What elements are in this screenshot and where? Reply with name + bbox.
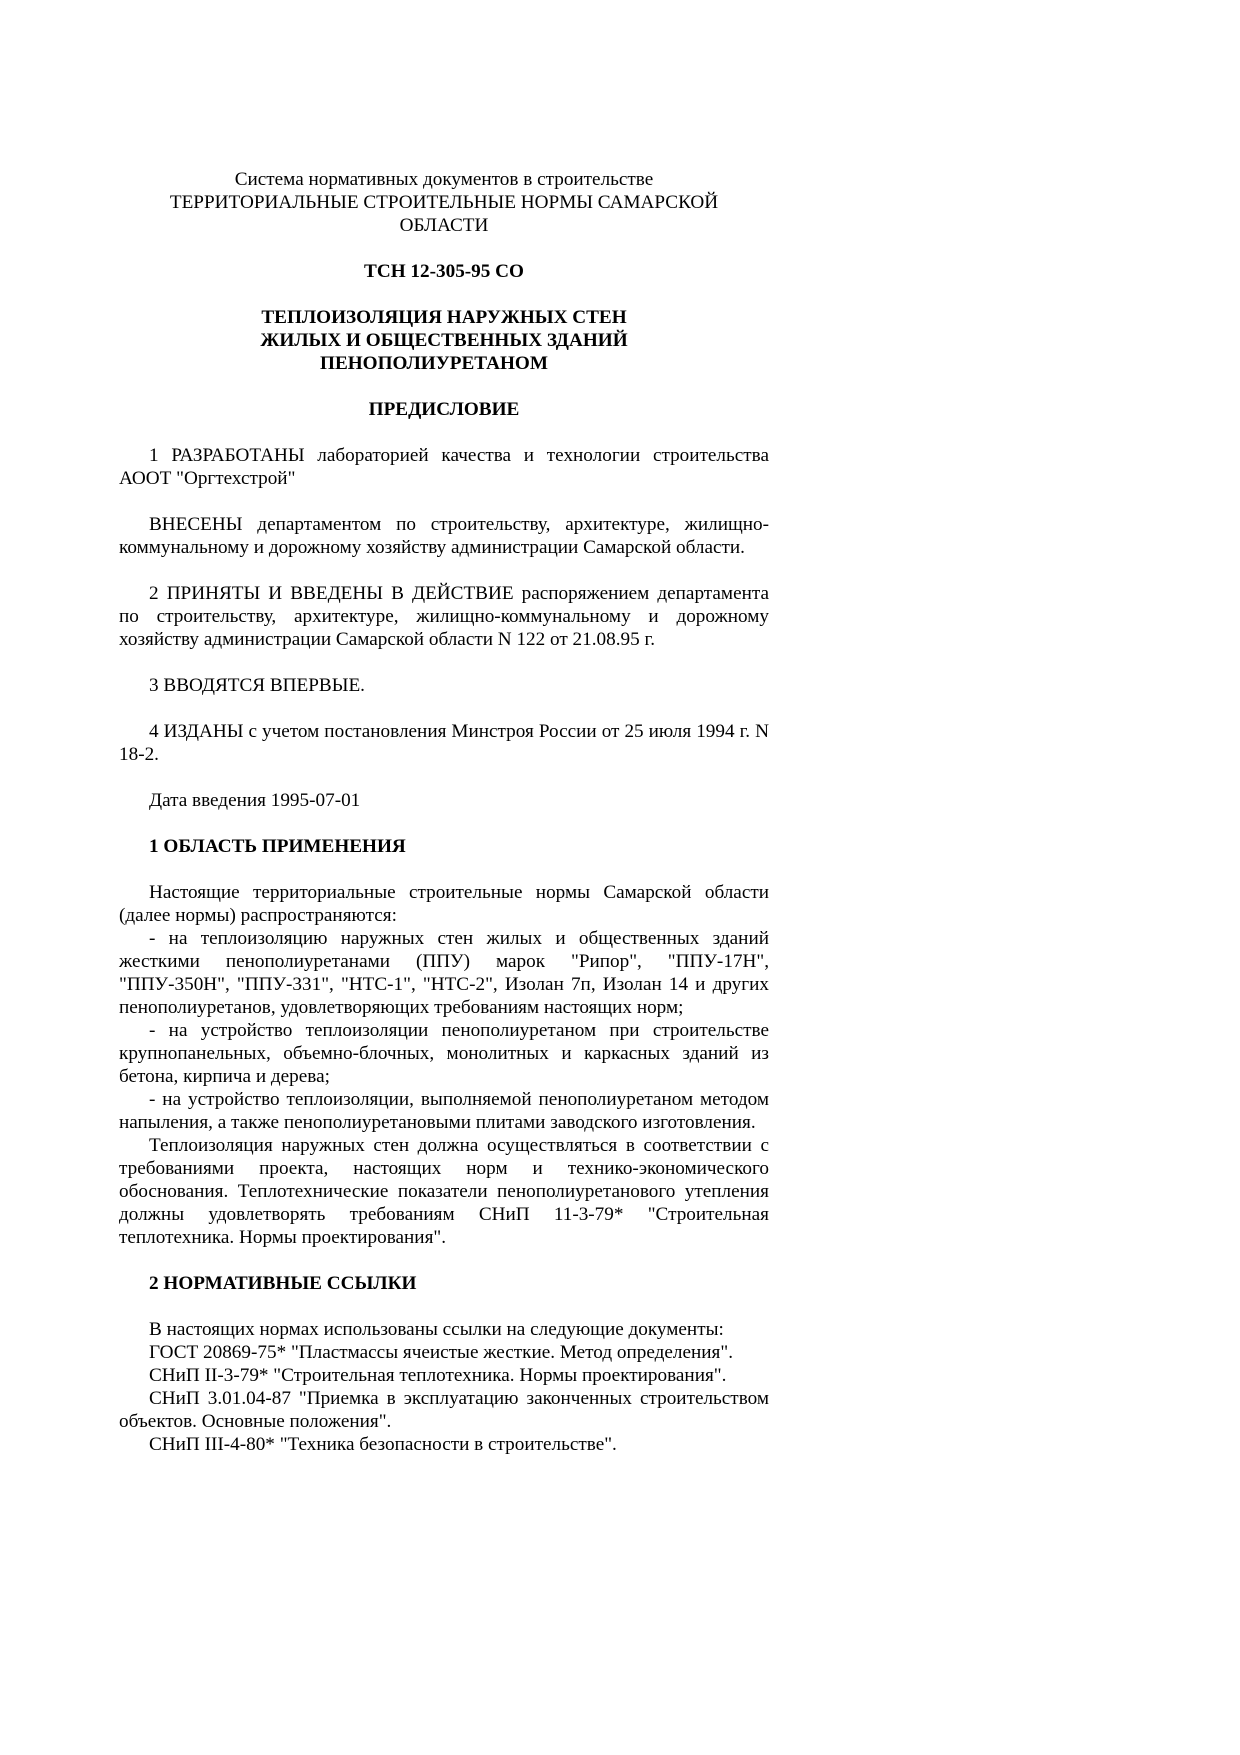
reference-snip-ii-3-79: СНиП II-3-79* "Строительная теплотехника…	[119, 1364, 769, 1387]
foreword-p3: 2 ПРИНЯТЫ И ВВЕДЕНЫ В ДЕЙСТВИЕ распоряже…	[119, 582, 769, 651]
foreword-p1: 1 РАЗРАБОТАНЫ лабораторией качества и те…	[119, 444, 769, 490]
title-line-2: ЖИЛЫХ И ОБЩЕСТВЕННЫХ ЗДАНИЙ	[119, 329, 769, 352]
section1-p1: Настоящие территориальные строительные н…	[119, 881, 769, 927]
section1-p3: - на устройство теплоизоляции пенополиур…	[119, 1019, 769, 1088]
section1-heading: 1 ОБЛАСТЬ ПРИМЕНЕНИЯ	[119, 835, 769, 858]
effective-date: Дата введения 1995-07-01	[119, 789, 769, 812]
document-code: ТСН 12-305-95 СО	[119, 260, 769, 283]
foreword-p4: 3 ВВОДЯТСЯ ВПЕРВЫЕ.	[119, 674, 769, 697]
section1-p4: - на устройство теплоизоляции, выполняем…	[119, 1088, 769, 1134]
reference-snip-3-01-04-87: СНиП 3.01.04-87 "Приемка в эксплуатацию …	[119, 1387, 769, 1433]
section1-p5: Теплоизоляция наружных стен должна осуще…	[119, 1134, 769, 1249]
foreword-heading: ПРЕДИСЛОВИЕ	[119, 398, 769, 421]
foreword-p2: ВНЕСЕНЫ департаментом по строительству, …	[119, 513, 769, 559]
section2-heading: 2 НОРМАТИВНЫЕ ССЫЛКИ	[119, 1272, 769, 1295]
title-line-1: ТЕПЛОИЗОЛЯЦИЯ НАРУЖНЫХ СТЕН	[119, 306, 769, 329]
foreword-p5: 4 ИЗДАНЫ с учетом постановления Минстроя…	[119, 720, 769, 766]
reference-snip-iii-4-80: СНиП III-4-80* "Техника безопасности в с…	[119, 1433, 769, 1456]
system-line: Система нормативных документов в строите…	[119, 168, 769, 191]
norms-line-1: ТЕРРИТОРИАЛЬНЫЕ СТРОИТЕЛЬНЫЕ НОРМЫ САМАР…	[119, 191, 769, 214]
document-page: Система нормативных документов в строите…	[119, 168, 769, 1456]
section1-p2: - на теплоизоляцию наружных стен жилых и…	[119, 927, 769, 1019]
norms-line-2: ОБЛАСТИ	[119, 214, 769, 237]
title-line-3: ПЕНОПОЛИУРЕТАНОМ	[119, 352, 769, 375]
reference-gost: ГОСТ 20869-75* "Пластмассы ячеистые жест…	[119, 1341, 769, 1364]
section2-p1: В настоящих нормах использованы ссылки н…	[119, 1318, 769, 1341]
